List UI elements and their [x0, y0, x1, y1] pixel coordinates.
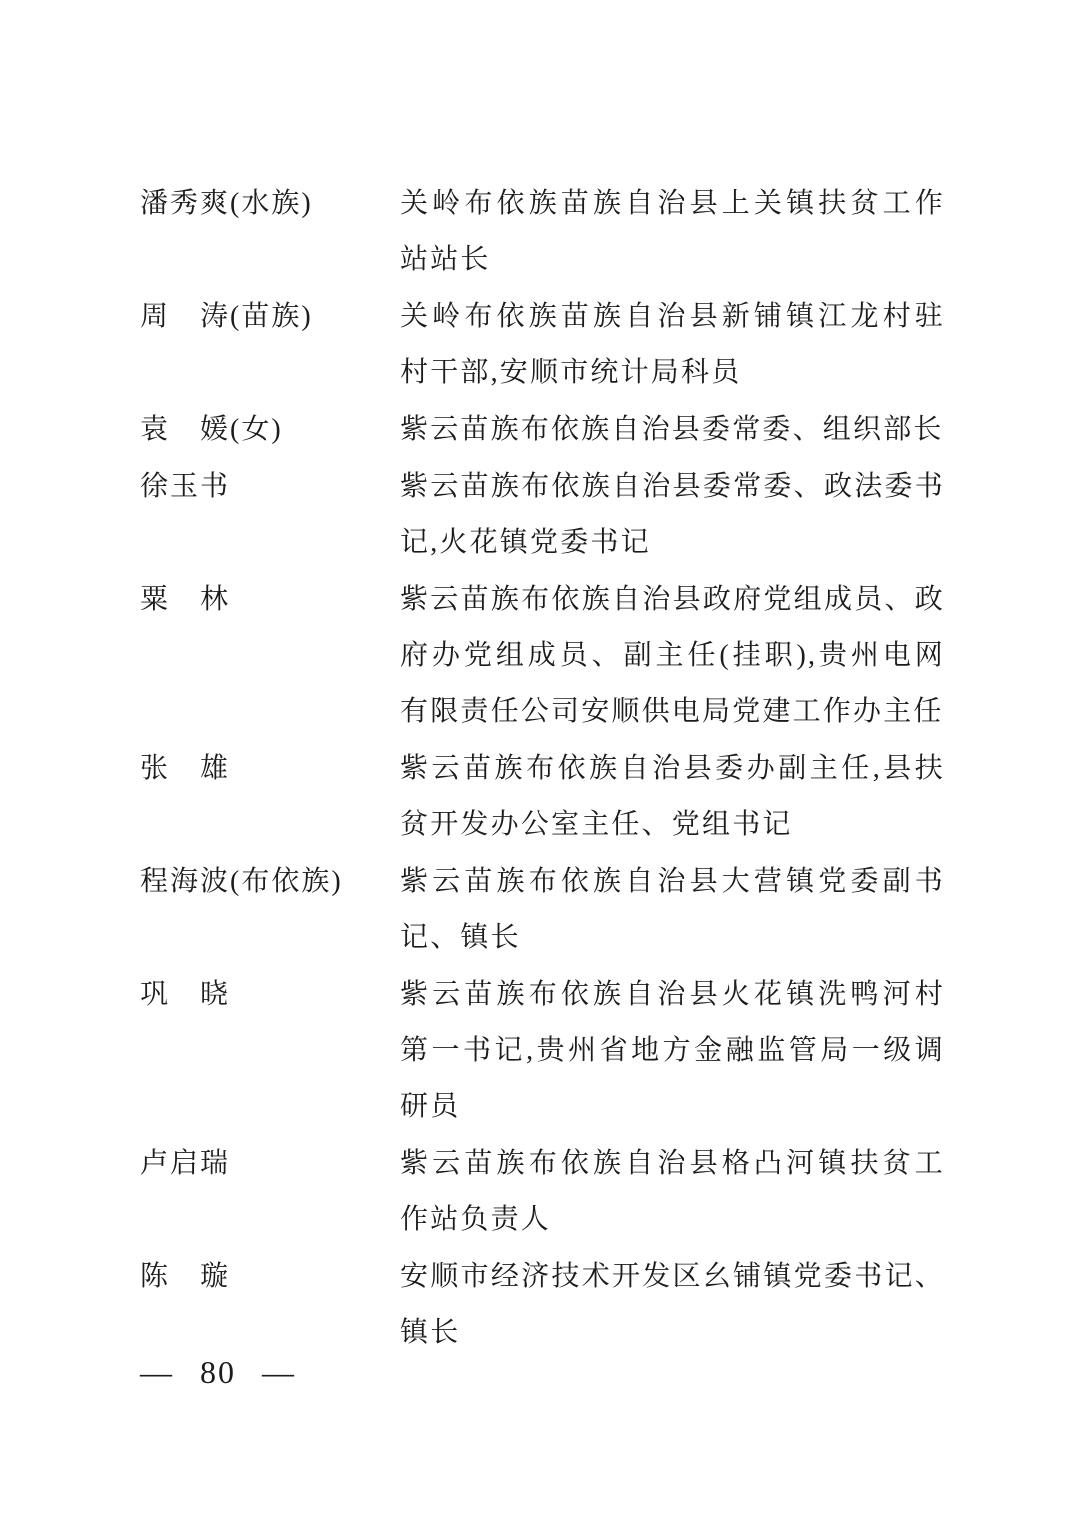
- title-line: 贫开发办公室主任、党组书记: [400, 797, 945, 853]
- person-title: 紫云苗族布依族自治县委常委、政法委书 记,火花镇党委书记: [400, 459, 945, 571]
- title-line: 研员: [400, 1079, 945, 1135]
- entry-row: 巩 晓 紫云苗族布依族自治县火花镇洗鸭河村 第一书记,贵州省地方金融监管局一级调…: [140, 967, 945, 1135]
- person-name: 周 涛(苗族): [140, 289, 400, 345]
- entry-row: 徐玉书 紫云苗族布依族自治县委常委、政法委书 记,火花镇党委书记: [140, 459, 945, 571]
- title-line: 紫云苗族布依族自治县政府党组成员、政: [400, 572, 945, 628]
- title-line: 记、镇长: [400, 910, 945, 966]
- entry-row: 张 雄 紫云苗族布依族自治县委办副主任,县扶 贫开发办公室主任、党组书记: [140, 741, 945, 853]
- entry-row: 粟 林 紫云苗族布依族自治县政府党组成员、政 府办党组成员、副主任(挂职),贵州…: [140, 572, 945, 740]
- person-name: 陈 璇: [140, 1249, 400, 1305]
- title-line: 紫云苗族布依族自治县格凸河镇扶贫工: [400, 1136, 945, 1192]
- person-name: 张 雄: [140, 741, 400, 797]
- entry-row: 陈 璇 安顺市经济技术开发区幺铺镇党委书记、 镇长: [140, 1249, 945, 1361]
- person-title: 关岭布依族苗族自治县新铺镇江龙村驻 村干部,安顺市统计局科员: [400, 289, 945, 401]
- person-title: 紫云苗族布依族自治县委办副主任,县扶 贫开发办公室主任、党组书记: [400, 741, 945, 853]
- entry-row: 卢启瑞 紫云苗族布依族自治县格凸河镇扶贫工 作站负责人: [140, 1136, 945, 1248]
- person-title: 紫云苗族布依族自治县委常委、组织部长: [400, 402, 945, 458]
- person-title: 紫云苗族布依族自治县政府党组成员、政 府办党组成员、副主任(挂职),贵州电网 有…: [400, 572, 945, 740]
- person-name: 徐玉书: [140, 459, 400, 515]
- title-line: 镇长: [400, 1305, 945, 1361]
- person-name: 巩 晓: [140, 967, 400, 1023]
- title-line: 紫云苗族布依族自治县大营镇党委副书: [400, 854, 945, 910]
- page-footer: — 80 —: [140, 1350, 296, 1394]
- title-line: 记,火花镇党委书记: [400, 515, 945, 571]
- title-line: 紫云苗族布依族自治县委办副主任,县扶: [400, 741, 945, 797]
- person-name: 潘秀爽(水族): [140, 176, 400, 232]
- person-title: 紫云苗族布依族自治县大营镇党委副书 记、镇长: [400, 854, 945, 966]
- roster-list: 潘秀爽(水族) 关岭布依族苗族自治县上关镇扶贫工作 站站长 周 涛(苗族) 关岭…: [140, 176, 945, 1362]
- title-line: 关岭布依族苗族自治县上关镇扶贫工作: [400, 176, 945, 232]
- title-line: 第一书记,贵州省地方金融监管局一级调: [400, 1023, 945, 1079]
- entry-row: 袁 媛(女) 紫云苗族布依族自治县委常委、组织部长: [140, 402, 945, 458]
- person-name: 卢启瑞: [140, 1136, 400, 1192]
- title-line: 站站长: [400, 232, 945, 288]
- title-line: 有限责任公司安顺供电局党建工作办主任: [400, 684, 945, 740]
- person-name: 粟 林: [140, 572, 400, 628]
- title-line: 关岭布依族苗族自治县新铺镇江龙村驻: [400, 289, 945, 345]
- document-page: 潘秀爽(水族) 关岭布依族苗族自治县上关镇扶贫工作 站站长 周 涛(苗族) 关岭…: [0, 0, 1080, 1527]
- person-title: 紫云苗族布依族自治县格凸河镇扶贫工 作站负责人: [400, 1136, 945, 1248]
- person-title: 关岭布依族苗族自治县上关镇扶贫工作 站站长: [400, 176, 945, 288]
- entry-row: 潘秀爽(水族) 关岭布依族苗族自治县上关镇扶贫工作 站站长: [140, 176, 945, 288]
- title-line: 村干部,安顺市统计局科员: [400, 345, 945, 401]
- person-name: 程海波(布依族): [140, 854, 400, 910]
- title-line: 作站负责人: [400, 1192, 945, 1248]
- person-title: 安顺市经济技术开发区幺铺镇党委书记、 镇长: [400, 1249, 945, 1361]
- title-line: 紫云苗族布依族自治县委常委、政法委书: [400, 459, 945, 515]
- page-number: — 80 —: [140, 1354, 296, 1390]
- title-line: 紫云苗族布依族自治县火花镇洗鸭河村: [400, 967, 945, 1023]
- person-title: 紫云苗族布依族自治县火花镇洗鸭河村 第一书记,贵州省地方金融监管局一级调 研员: [400, 967, 945, 1135]
- entry-row: 程海波(布依族) 紫云苗族布依族自治县大营镇党委副书 记、镇长: [140, 854, 945, 966]
- title-line: 紫云苗族布依族自治县委常委、组织部长: [400, 402, 945, 458]
- title-line: 安顺市经济技术开发区幺铺镇党委书记、: [400, 1249, 945, 1305]
- entry-row: 周 涛(苗族) 关岭布依族苗族自治县新铺镇江龙村驻 村干部,安顺市统计局科员: [140, 289, 945, 401]
- title-line: 府办党组成员、副主任(挂职),贵州电网: [400, 628, 945, 684]
- person-name: 袁 媛(女): [140, 402, 400, 458]
